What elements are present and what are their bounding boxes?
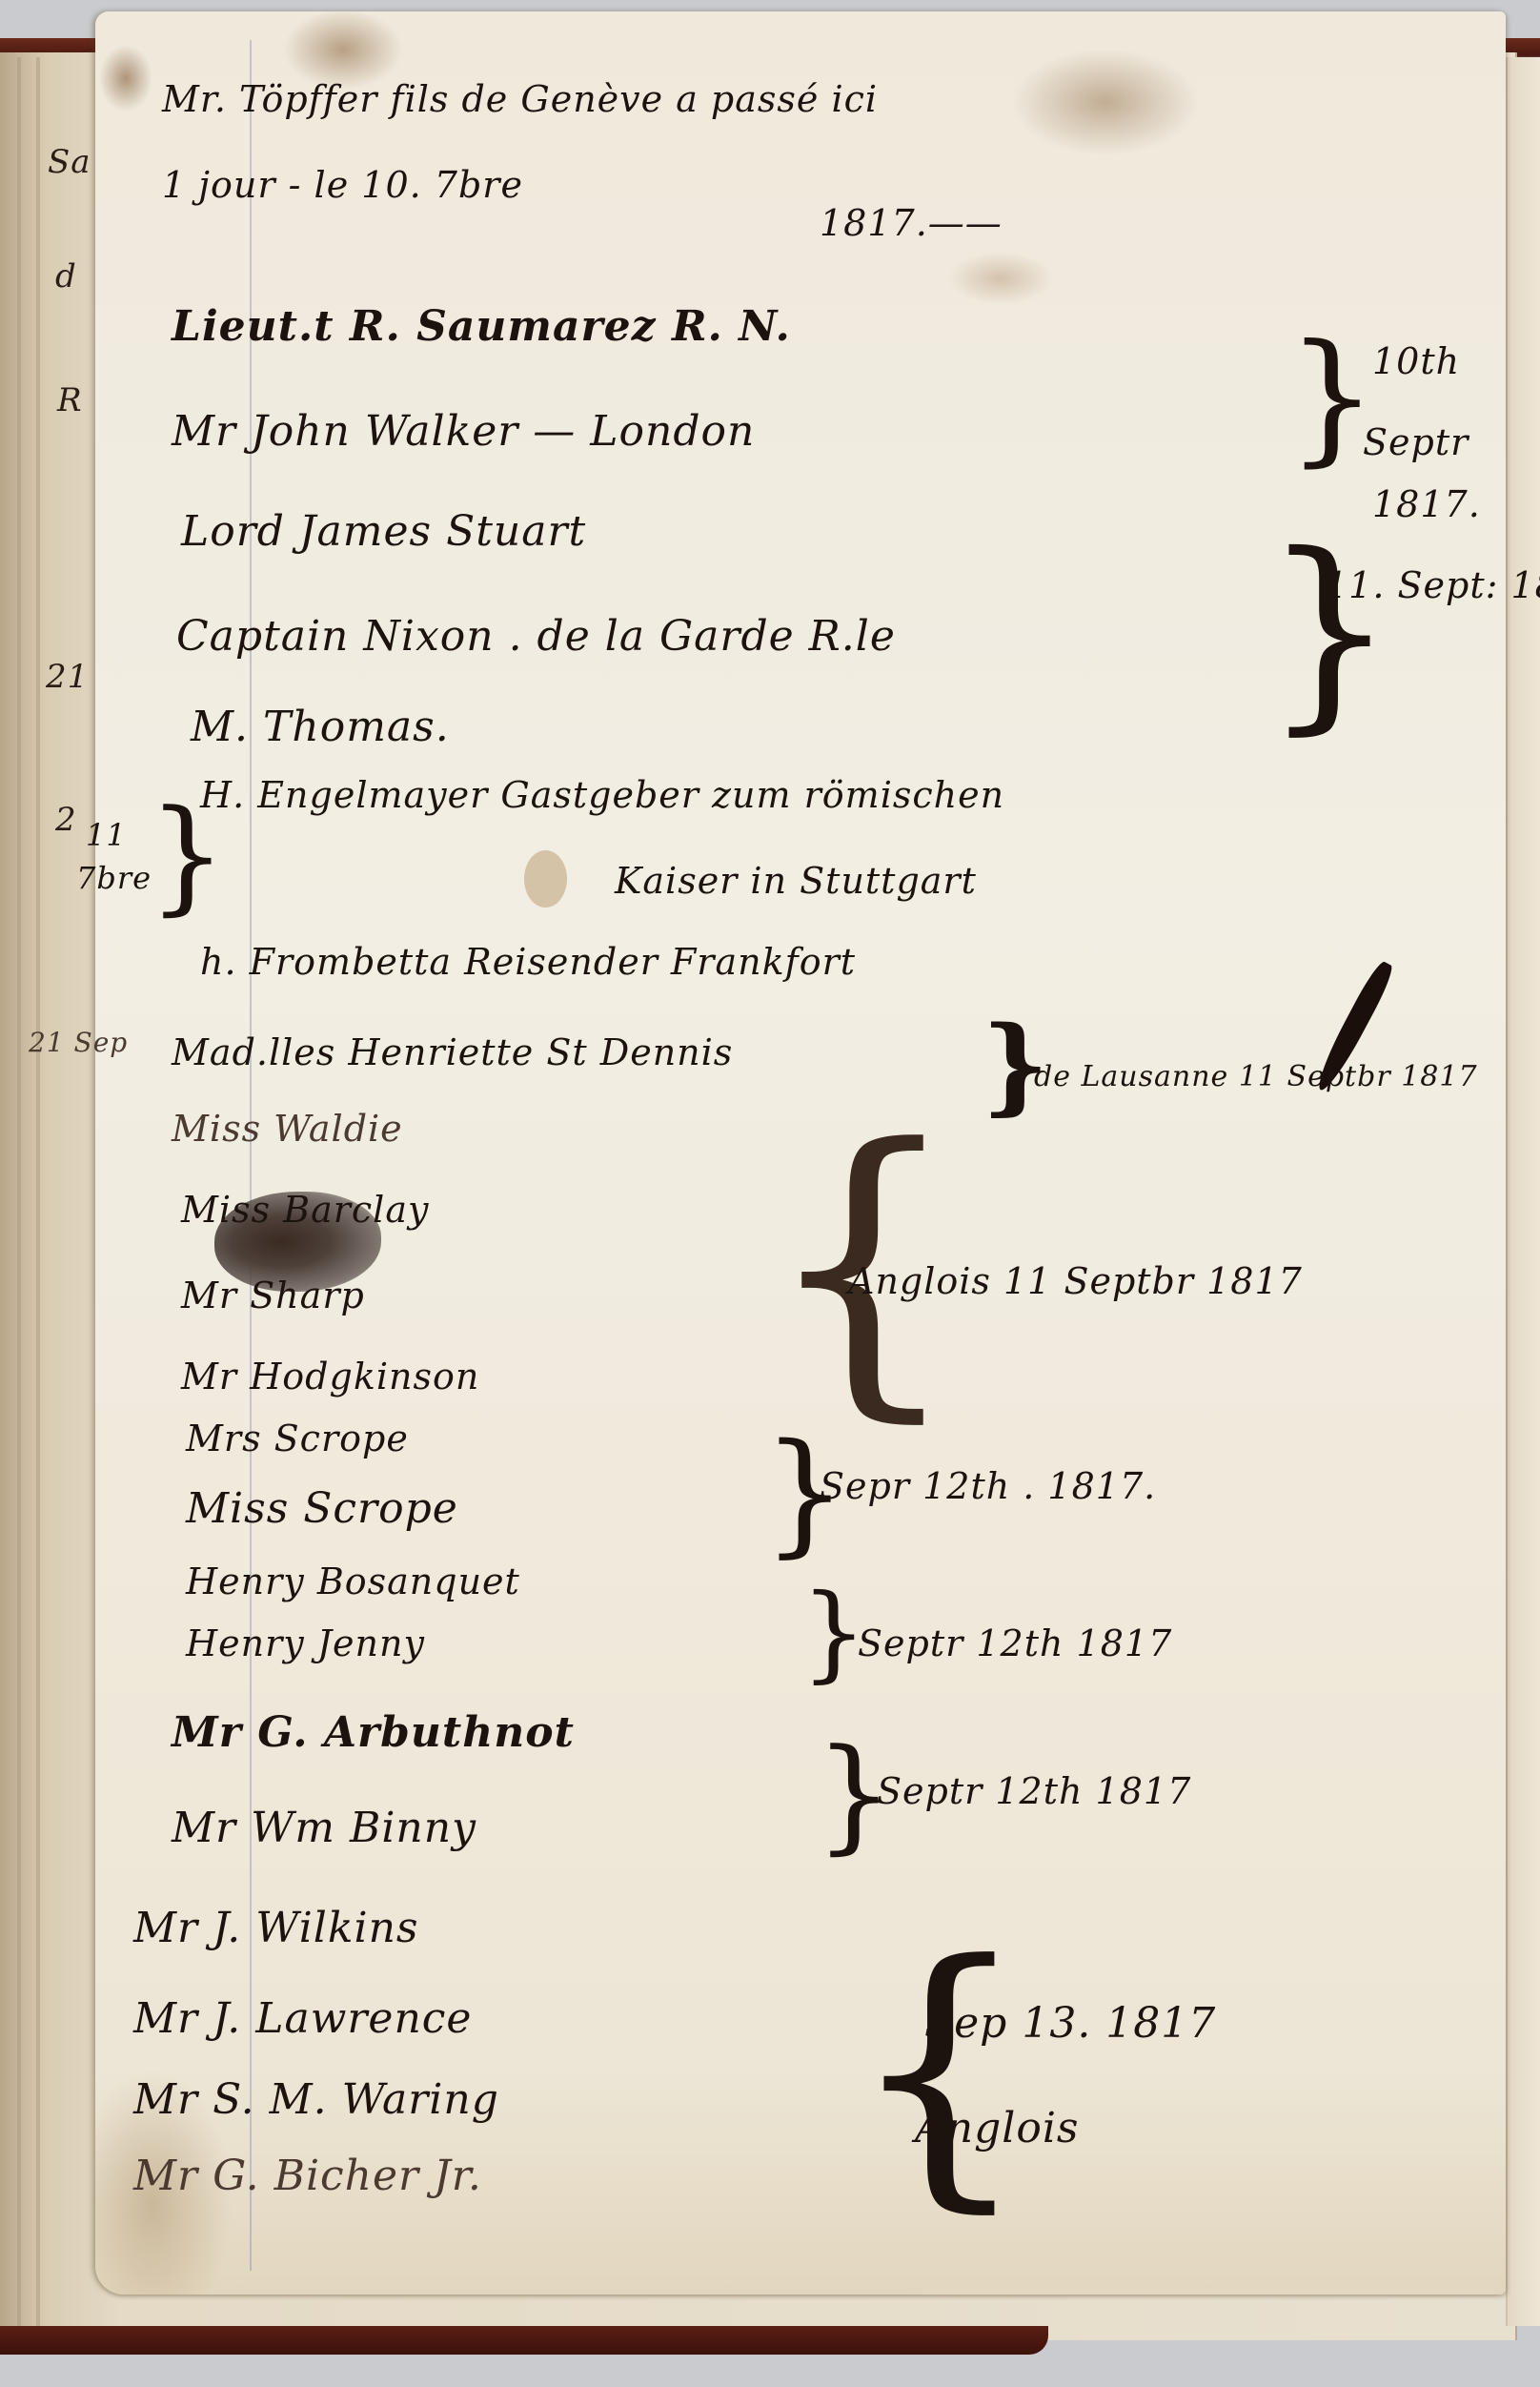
entry-name: Miss Barclay [181, 1189, 429, 1231]
entry-name: Captain Nixon . de la Garde R.le [176, 612, 896, 661]
margin-date-month: 7bre [76, 860, 152, 896]
date: 11. Sept: 1817 [1325, 564, 1540, 606]
entry-name: H. Engelmayer Gastgeber zum römischen [200, 774, 1004, 816]
entry-name: Henry Bosanquet [186, 1561, 520, 1602]
entry-name: Mr Hodgkinson [181, 1356, 479, 1398]
entry-name: Mr J. Wilkins [133, 1904, 419, 1952]
brace: { [848, 1928, 1030, 2214]
entry-name: Henry Jenny [186, 1622, 425, 1664]
date: Septr 12th 1817 [858, 1622, 1172, 1664]
right-page-edge [1506, 57, 1540, 2326]
entry-name: Mr John Walker — London [172, 407, 755, 456]
entry-name: M. Thomas. [191, 703, 450, 751]
date: Septr 12th 1817 [877, 1770, 1191, 1812]
margin-note: 21 [46, 658, 89, 696]
foxing-stain [524, 850, 567, 908]
header-note-line3: 1817.—— [820, 202, 1003, 244]
entry-name: Mad.lles Henriette St Dennis [172, 1031, 733, 1073]
page-edge [36, 57, 40, 2326]
page-edge [17, 57, 21, 2326]
header-note-line2: 1 jour - le 10. 7bre [162, 164, 523, 206]
header-note-line1: Mr. Töpffer fils de Genève a passé ici [162, 78, 878, 120]
date-day: 10th [1372, 340, 1460, 382]
entry-name-continued: Kaiser in Stuttgart [615, 860, 977, 902]
date: Sepr 12th . 1817. [820, 1465, 1156, 1507]
entry-name: Miss Waldie [172, 1108, 403, 1150]
date: Sep 13. 1817 [924, 1999, 1216, 2048]
margin-note: Sa [48, 143, 91, 181]
entry-name: Lord James Stuart [181, 507, 586, 556]
brace: } [1263, 526, 1396, 736]
margin-note: 2 [55, 801, 77, 839]
register-page: Mr. Töpffer fils de Genève a passé ici 1… [95, 11, 1506, 2295]
entry-name: Mr Sharp [181, 1275, 365, 1316]
entry-name: Mr J. Lawrence [133, 1994, 472, 2043]
nationality: Anglois [915, 2104, 1080, 2152]
entry-name: Miss Scrope [186, 1484, 458, 1533]
entry-name: Mr Wm Binny [172, 1804, 476, 1852]
margin-note: d [55, 257, 77, 296]
entry-name: h. Frombetta Reisender Frankfort [200, 941, 856, 983]
entry-name: Mrs Scrope [186, 1418, 409, 1459]
entry-name: Lieut.t R. Saumarez R. N. [172, 302, 791, 351]
nationality-date: Anglois 11 Septbr 1817 [848, 1260, 1303, 1302]
entry-name: Mr G. Bicher Jr. [133, 2152, 482, 2200]
date-month: Septr [1363, 421, 1469, 463]
entry-name: Mr S. M. Waring [133, 2075, 499, 2124]
date: de Lausanne 11 Septbr 1817 [1034, 1060, 1478, 1093]
margin-date-day: 11 [86, 817, 127, 853]
margin-note: R [57, 381, 83, 419]
book-binding-bottom [0, 2326, 1048, 2355]
entry-name: Mr G. Arbuthnot [172, 1708, 575, 1757]
margin-date: 21 Sep [29, 1027, 128, 1058]
